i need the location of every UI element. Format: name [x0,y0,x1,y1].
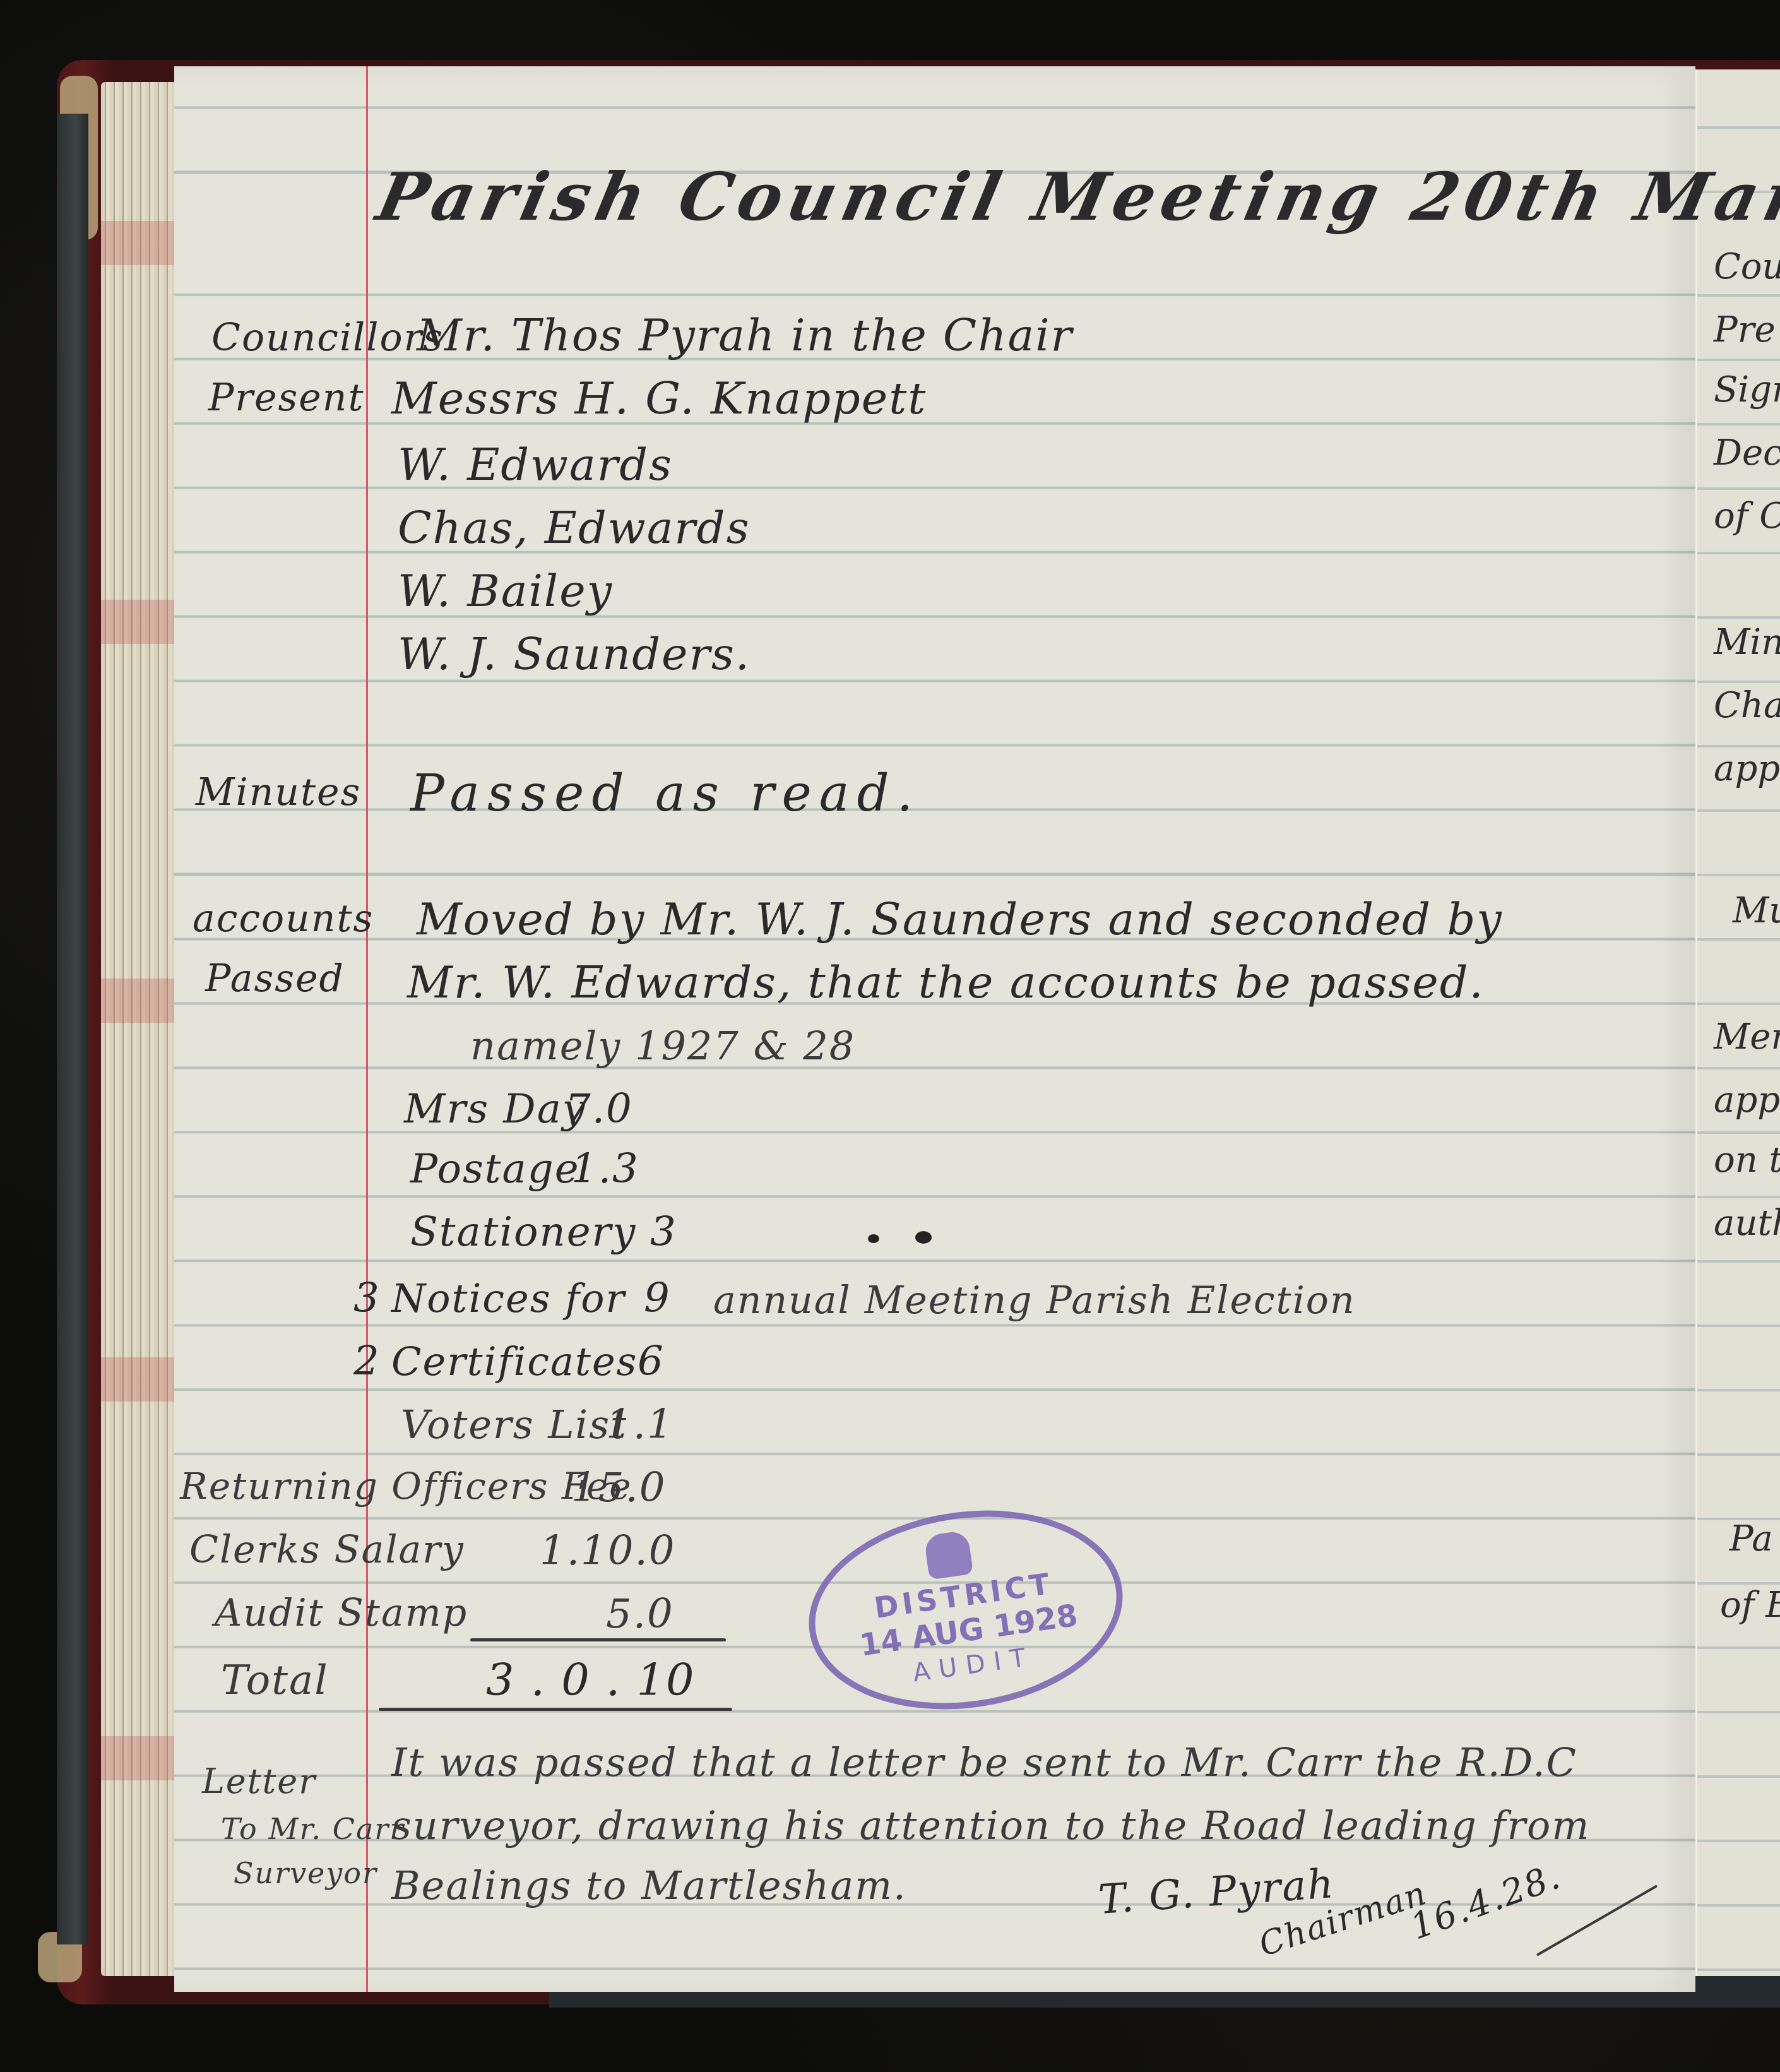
margin-label-accounts: accounts [193,896,374,941]
account-item-amount: 3 [650,1209,677,1256]
margin-label-letter: Letter [202,1761,316,1801]
account-item-amount: 9 [644,1275,671,1322]
account-item-label: Clerks Salary [189,1528,465,1572]
account-item-label: Certificates [391,1338,638,1384]
book-spine [57,114,88,1944]
facing-page-fragment: Mem [1714,1016,1780,1057]
page-block-edges [101,82,177,1976]
facing-page-fragment: Sign [1714,369,1780,410]
account-item-amount: 5.0 [606,1591,674,1638]
facing-page-fragment: Mu [1733,890,1780,931]
account-item-label: Voters List [401,1402,627,1448]
account-item-label: Mrs Day [404,1086,586,1133]
facing-page-fragment: of B [1720,1585,1780,1626]
account-item-prefix: 2 [353,1338,381,1385]
resolution-line-2: surveyor, drawing his attention to the R… [391,1802,1590,1849]
account-item-label: Notices for [391,1275,626,1321]
facing-page-fragment: Cha [1714,685,1780,726]
account-item-amount: 15.0 [571,1465,667,1511]
member-5: W. J. Saunders. [398,628,751,680]
margin-label-minutes: Minutes [196,770,361,814]
total-amount: 3 . 0 . 10 [486,1654,696,1706]
motion-line-1: Moved by Mr. W. J. Saunders and seconded… [417,893,1503,945]
account-item-label: Audit Stamp [215,1591,468,1635]
account-item-amount: 1.10.0 [540,1528,676,1575]
account-item-amount: 1.3 [571,1146,639,1193]
facing-page-fragment: auth [1714,1203,1780,1244]
account-item-label: Stationery [410,1209,636,1256]
facing-page-fragment: of O [1714,496,1780,537]
account-item-label: Postage [410,1146,580,1193]
ink-blot [915,1231,932,1244]
page-title: Parish Council Meeting 20th March 1928 [371,158,1780,235]
account-item-amount: 6 [638,1338,665,1385]
facing-page-fragment: Dec [1714,432,1780,473]
facing-page-fragment: appr [1714,748,1780,789]
total-underline [379,1708,732,1711]
account-item-label: Returning Officers Fee [180,1465,632,1508]
crown-icon [923,1530,973,1580]
account-item-amount: 7.0 [565,1086,633,1133]
total-label: Total [221,1657,329,1704]
namely-line: namely 1927 & 28 [470,1023,855,1069]
facing-page-fragment: Pa [1730,1518,1773,1559]
facing-page-fragment: on t [1714,1140,1780,1181]
facing-page-fragment: Pre [1714,309,1776,350]
resolution-line-1: It was passed that a letter be sent to M… [391,1739,1577,1785]
motion-line-2: Mr. W. Edwards, that the accounts be pas… [407,956,1485,1008]
margin-label-passed: Passed [205,956,345,1001]
margin-label-surveyor: Surveyor [234,1856,377,1890]
member-4: W. Bailey [398,565,613,617]
ink-blot [868,1234,879,1243]
account-item-prefix: 3 [353,1275,381,1322]
subtotal-underline [470,1638,726,1641]
margin-label-to-mr-carr: To Mr. Carr [221,1812,405,1846]
minutes-text: Passed as read. [410,764,920,823]
resolution-line-3: Bealings to Martlesham. [391,1862,907,1908]
facing-page-fragment: Cou [1714,246,1780,287]
margin-label-present: Present [208,376,365,420]
member-1: Messrs H. G. Knappett [391,372,927,424]
account-item-amount: 1.1 [606,1402,674,1448]
member-2: W. Edwards [398,439,673,491]
facing-page-fragment: app [1714,1080,1780,1121]
member-3: Chas, Edwards [398,502,751,554]
facing-page-fragment: Min [1714,622,1780,663]
account-item-note: annual Meeting Parish Election [713,1278,1356,1323]
margin-label-councillors: Councillors [211,316,444,360]
chair-line: Mr. Thos Pyrah in the Chair [417,309,1073,361]
